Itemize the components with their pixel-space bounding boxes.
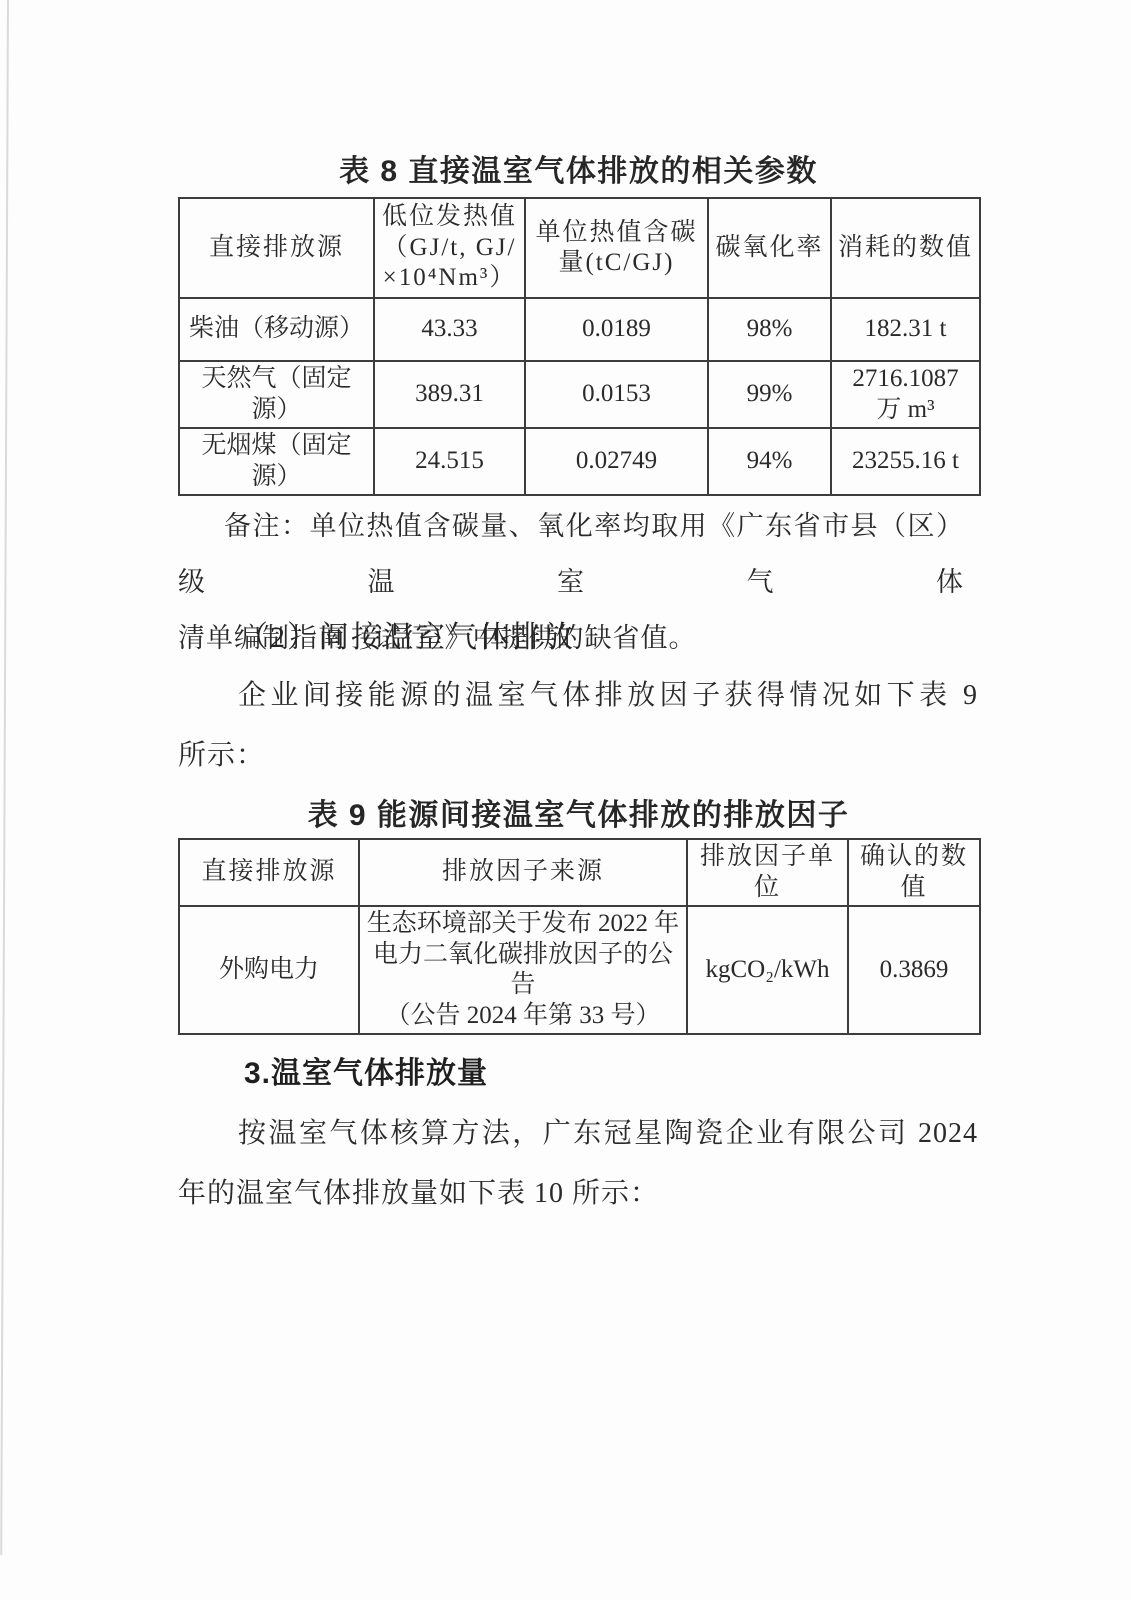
table8-header-cell: 直接排放源: [179, 198, 374, 298]
section2-paragraph: 企业间接能源的温室气体排放因子获得情况如下表 9 所示：: [178, 666, 978, 786]
table9-header-cell: 排放因子单 位: [687, 839, 848, 906]
table9-row-purchased-electricity: 外购电力 生态环境部关于发布 2022 年 电力二氧化碳排放因子的公告 （公告 …: [179, 906, 980, 1034]
table8-cell: 天然气（固定源）: [179, 361, 374, 428]
table8-cell: 182.31 t: [831, 298, 980, 361]
table8-cell: 0.02749: [525, 428, 708, 495]
table8-header-cell: 单位热值含碳 量(tC/GJ): [525, 198, 708, 298]
paragraph-line: 年的温室气体排放量如下表 10 所示：: [178, 1164, 978, 1224]
table8-row-natural-gas: 天然气（固定源） 389.31 0.0153 99% 2716.1087 万 m…: [179, 361, 980, 428]
table9-cell: 外购电力: [179, 906, 359, 1034]
scan-edge-artifact: [0, 0, 9, 1555]
table8-header-row: 直接排放源 低位发热值 （GJ/t, GJ/ ×10⁴Nm³） 单位热值含碳 量…: [179, 198, 980, 298]
table8-cell: 2716.1087 万 m³: [831, 361, 980, 428]
table8-cell: 23255.16 t: [831, 428, 980, 495]
table8-cell: 24.515: [374, 428, 525, 495]
table8: 直接排放源 低位发热值 （GJ/t, GJ/ ×10⁴Nm³） 单位热值含碳 量…: [178, 197, 981, 496]
table9-cell: 0.3869: [848, 906, 980, 1034]
table8-cell: 389.31: [374, 361, 525, 428]
table8-cell: 0.0153: [525, 361, 708, 428]
table8-cell: 0.0189: [525, 298, 708, 361]
paragraph-line: 按温室气体核算方法，广东冠星陶瓷企业有限公司 2024: [178, 1104, 978, 1164]
table9: 直接排放源 排放因子来源 排放因子单 位 确认的数值 外购电力 生态环境部关于发…: [178, 838, 981, 1035]
note-line: 备注：单位热值含碳量、氧化率均取用《广东省市县（区）级温室气体: [178, 498, 964, 610]
section3-paragraph: 按温室气体核算方法，广东冠星陶瓷企业有限公司 2024 年的温室气体排放量如下表…: [178, 1104, 978, 1224]
table9-header-cell: 直接排放源: [179, 839, 359, 906]
table8-header-cell: 低位发热值 （GJ/t, GJ/ ×10⁴Nm³）: [374, 198, 525, 298]
table8-header-cell: 碳氧化率: [708, 198, 831, 298]
table9-title: 表 9 能源间接温室气体排放的排放因子: [178, 790, 979, 834]
table8-cell: 98%: [708, 298, 831, 361]
table8-row-anthracite: 无烟煤（固定源） 24.515 0.02749 94% 23255.16 t: [179, 428, 980, 495]
section3-heading: 3.温室气体排放量: [244, 1048, 488, 1092]
section2-heading: （2）间接温室气体排放: [238, 612, 575, 656]
table8-cell: 无烟煤（固定源）: [179, 428, 374, 495]
table8-title: 表 8 直接温室气体排放的相关参数: [178, 146, 979, 190]
table8-cell: 43.33: [374, 298, 525, 361]
table8-header-cell: 消耗的数值: [831, 198, 980, 298]
table8-cell: 99%: [708, 361, 831, 428]
table9-cell: kgCO₂/kWh: [687, 906, 848, 1034]
table9-header-row: 直接排放源 排放因子来源 排放因子单 位 确认的数值: [179, 839, 980, 906]
table9-header-cell: 确认的数值: [848, 839, 980, 906]
table8-cell: 94%: [708, 428, 831, 495]
table9-cell: 生态环境部关于发布 2022 年 电力二氧化碳排放因子的公告 （公告 2024 …: [359, 906, 687, 1034]
paragraph-line: 企业间接能源的温室气体排放因子获得情况如下表 9: [178, 666, 978, 726]
document-page: 表 8 直接温室气体排放的相关参数 直接排放源 低位发热值 （GJ/t, GJ/…: [0, 0, 1131, 1600]
table8-cell: 柴油（移动源）: [179, 298, 374, 361]
table8-row-diesel: 柴油（移动源） 43.33 0.0189 98% 182.31 t: [179, 298, 980, 361]
table9-header-cell: 排放因子来源: [359, 839, 687, 906]
paragraph-line: 所示：: [178, 726, 978, 786]
